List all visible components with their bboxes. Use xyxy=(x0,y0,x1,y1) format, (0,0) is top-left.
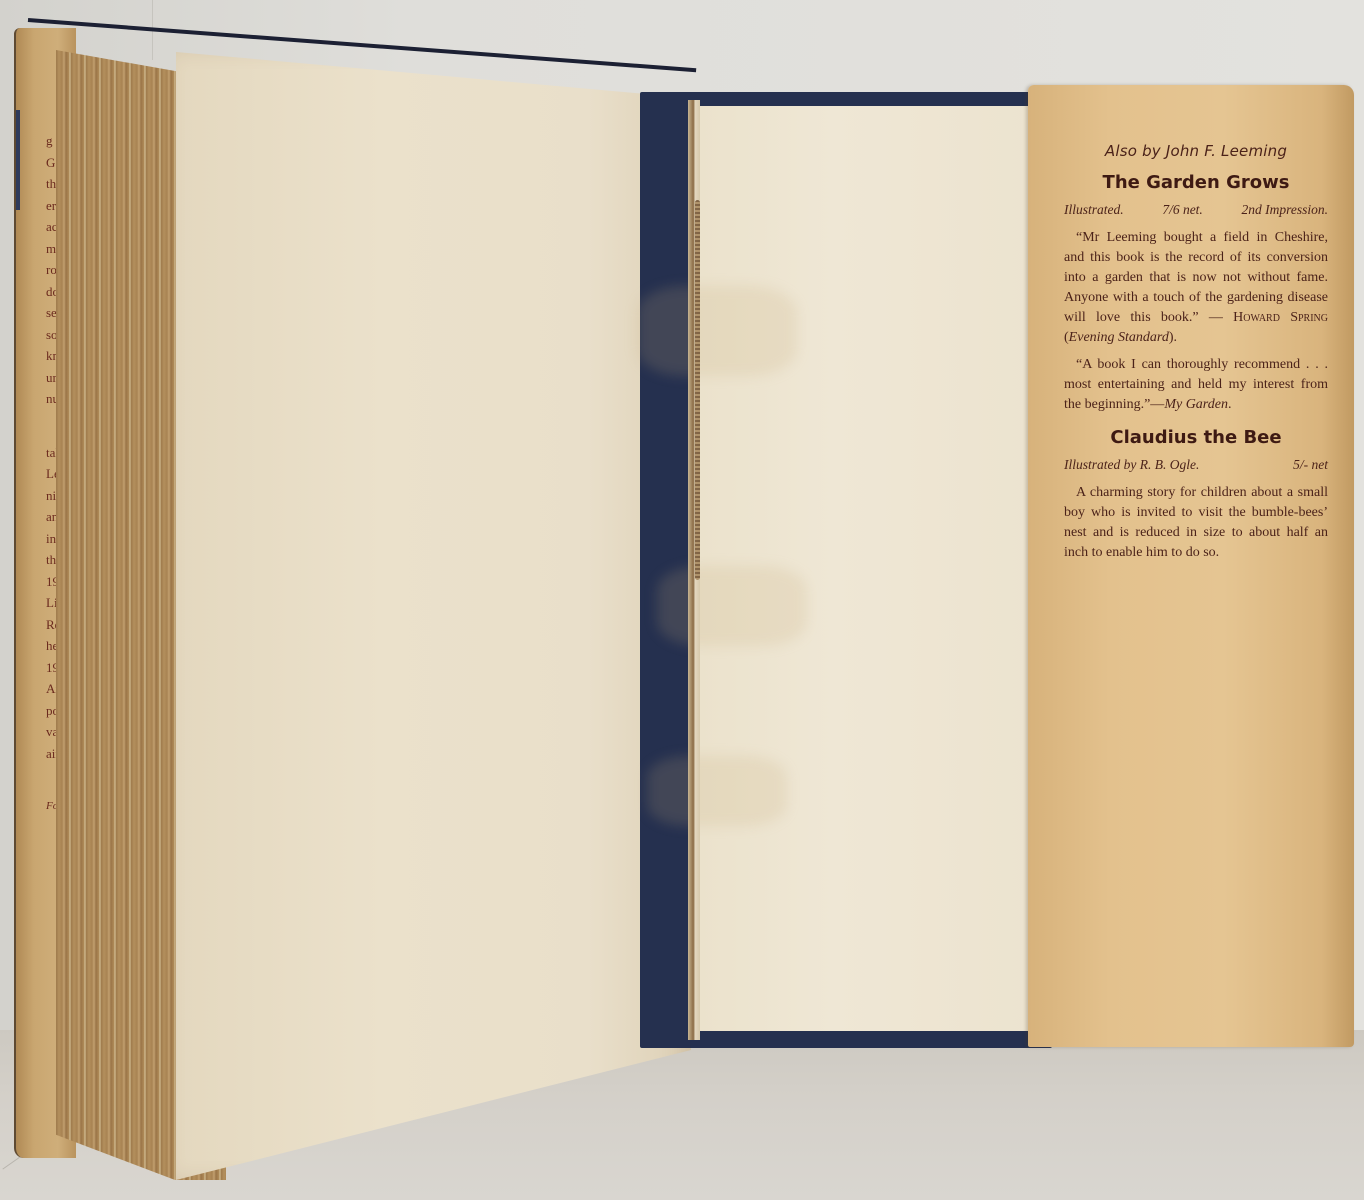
book-title-the-garden-grows: The Garden Grows xyxy=(1064,172,1328,193)
review-source: Evening Standard xyxy=(1069,330,1169,345)
book1-price: 7/6 net. xyxy=(1162,202,1203,218)
blank-left-page xyxy=(176,50,691,1180)
book1-review-2: “A book I can thoroughly recommend . . .… xyxy=(1064,355,1328,415)
book1-review-1: “Mr Leeming bought a field in Cheshire, … xyxy=(1064,228,1328,348)
book-title-claudius-the-bee: Claudius the Bee xyxy=(1064,427,1328,448)
book1-impression: 2nd Impression. xyxy=(1242,202,1329,218)
book1-illustrated: Illustrated. xyxy=(1064,202,1124,218)
review-source: My Garden xyxy=(1164,397,1228,412)
book2-meta: Illustrated by R. B. Ogle. 5/- net xyxy=(1064,457,1328,473)
rear-pastedown-endpaper xyxy=(697,106,1037,1031)
book2-price: 5/- net xyxy=(1293,457,1328,473)
book2-description: A charming story for children about a sm… xyxy=(1064,483,1328,563)
review-author: Howard Spring xyxy=(1233,310,1328,325)
flap-heading: Also by John F. Leeming xyxy=(1064,142,1328,160)
foxing-stain xyxy=(637,286,797,376)
hinge-crack xyxy=(695,200,700,580)
book2-illustrator: Illustrated by R. B. Ogle. xyxy=(1064,457,1199,473)
book1-meta: Illustrated. 7/6 net. 2nd Impression. xyxy=(1064,202,1328,218)
foxing-stain xyxy=(647,756,787,826)
foxing-stain xyxy=(657,566,807,646)
front-board-edge xyxy=(16,110,20,210)
jacket-flap-text: Also by John F. Leeming The Garden Grows… xyxy=(1064,142,1328,570)
